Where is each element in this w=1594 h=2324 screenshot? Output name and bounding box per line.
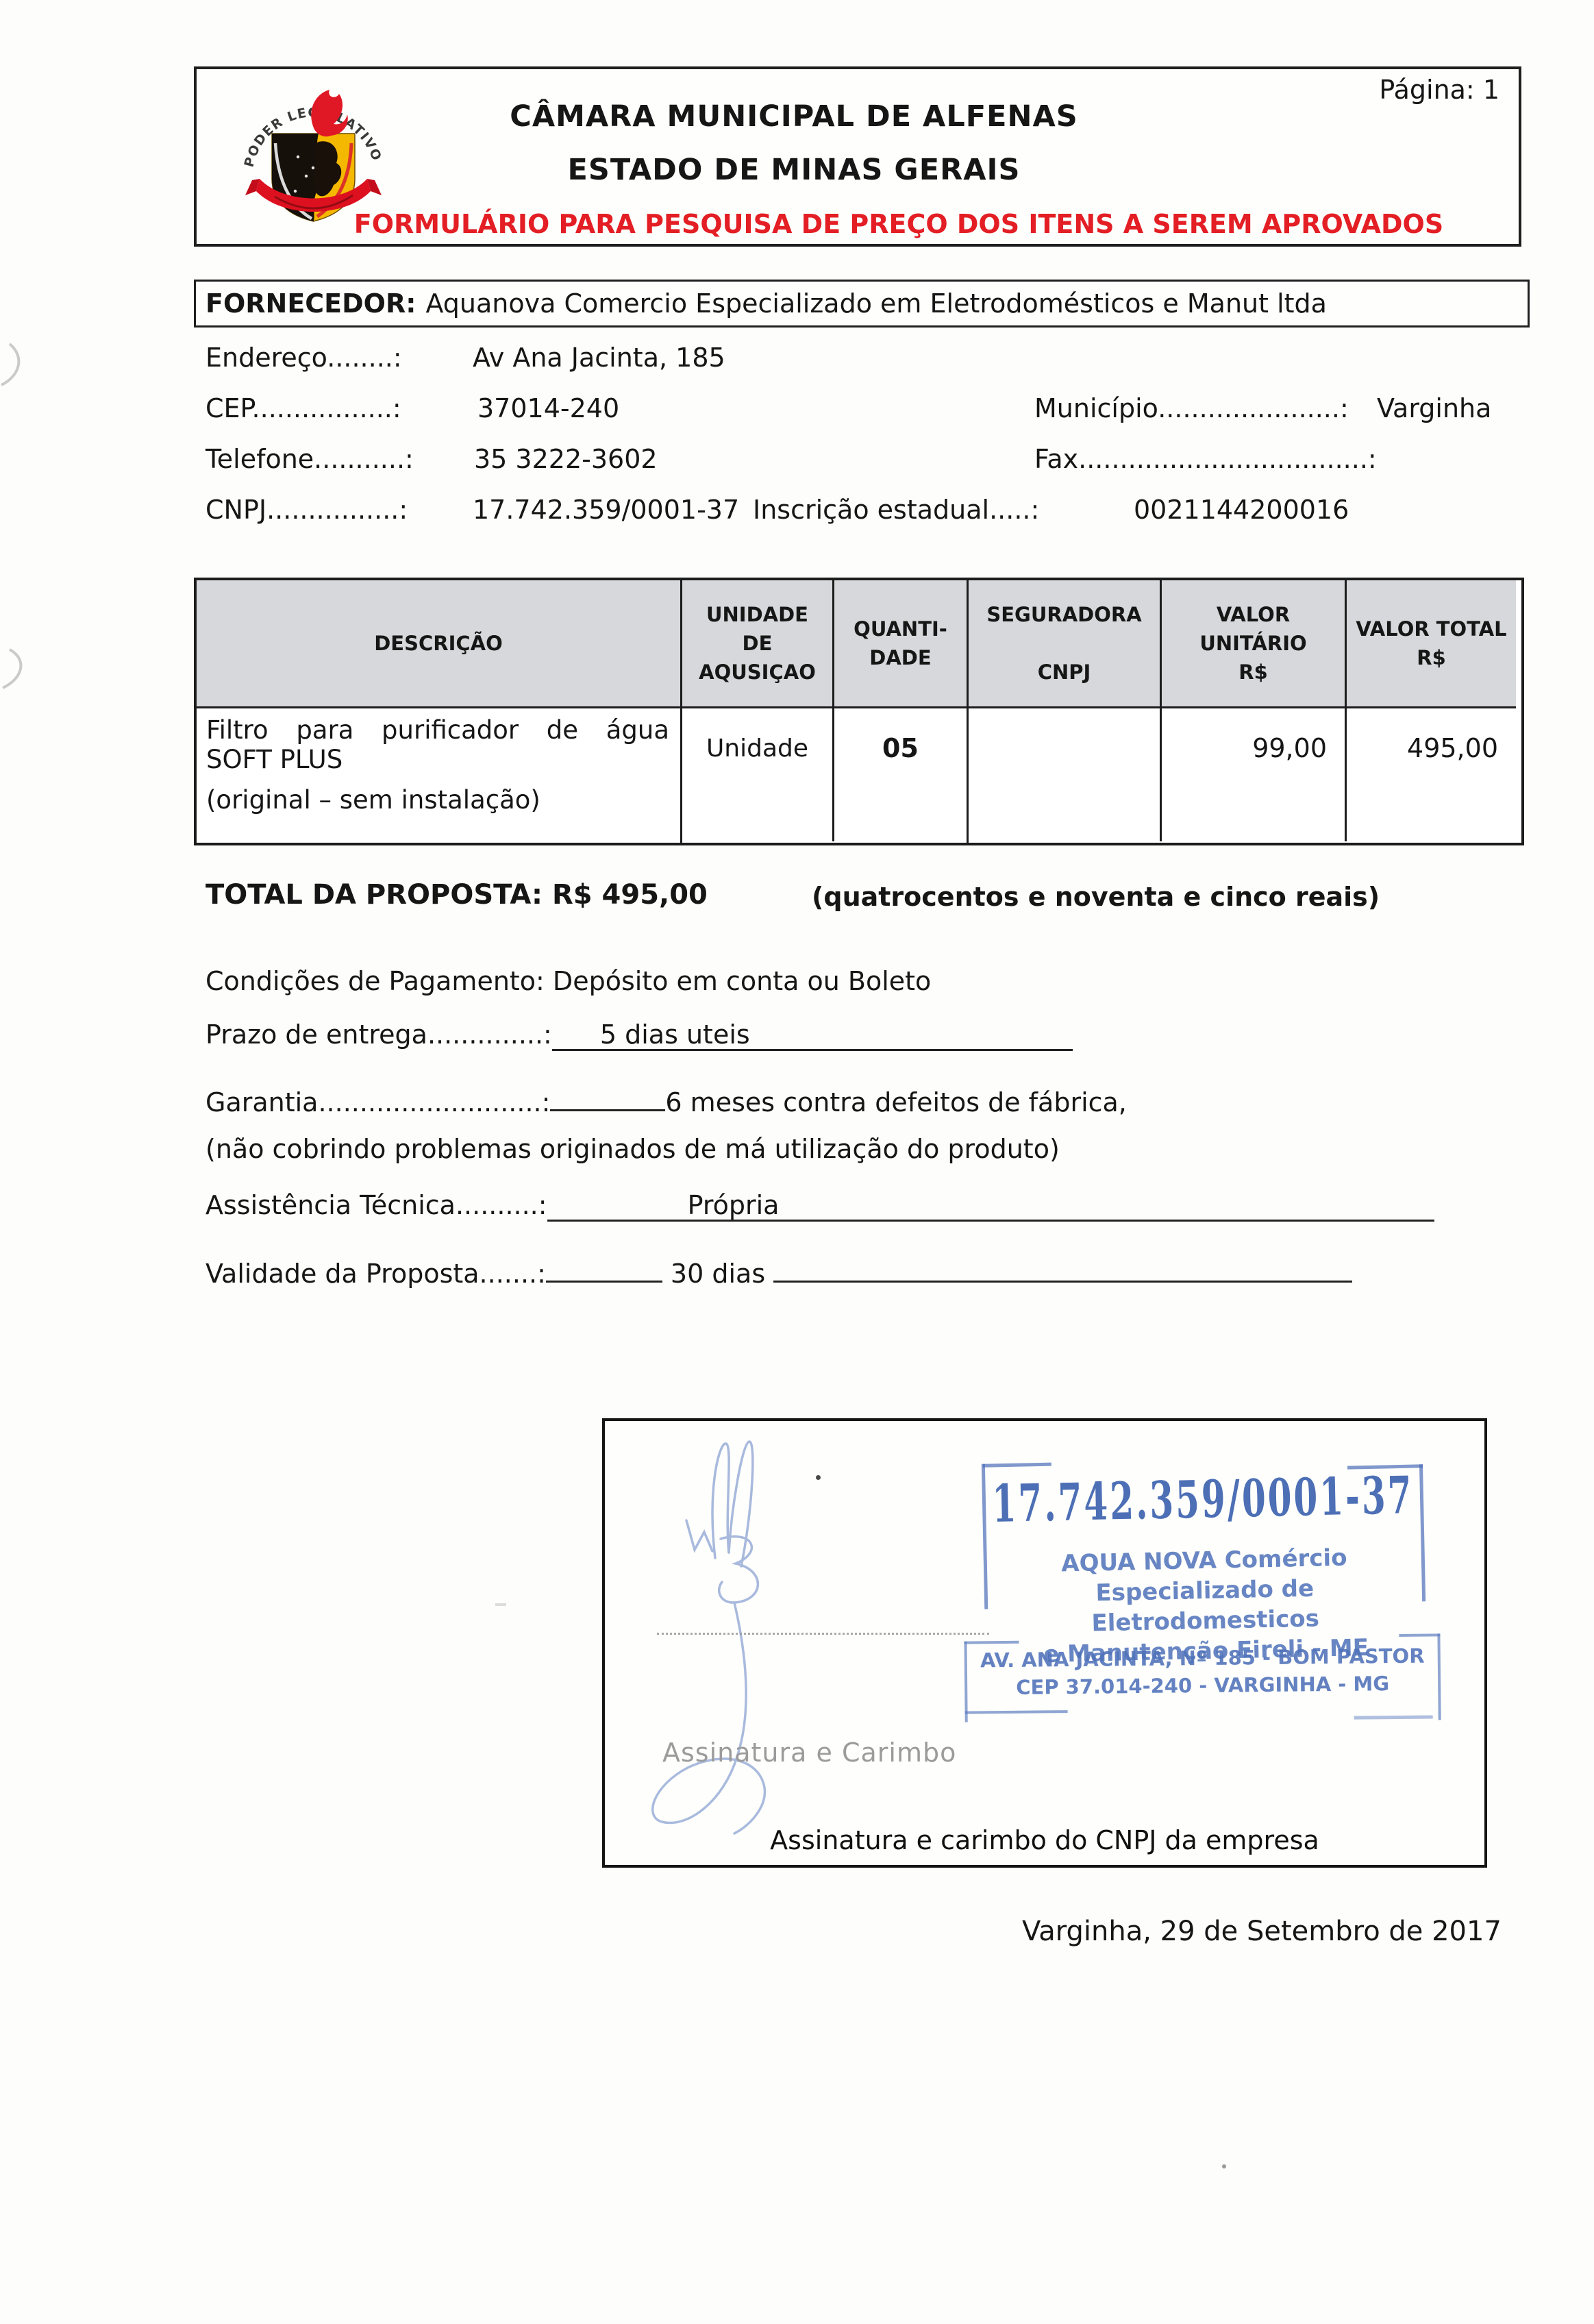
addr-bracket-bottom-left [965,1710,1068,1714]
header-box: Página: 1 PODER LEGISLATIVO MUNICIPAL [194,66,1521,247]
delivery-term-value: 5 dias uteis [552,1018,1073,1051]
technical-assistance-label: Assistência Técnica..........: [206,1190,547,1220]
supplier-label: FORNECEDOR: [206,288,416,319]
scanned-form-page: Página: 1 PODER LEGISLATIVO MUNICIPAL [0,0,1594,2324]
warranty-value: 6 meses contra defeitos de fábrica, [665,1087,1126,1117]
handwritten-signature [643,1431,869,1859]
item-description-line3: (original – sem instalação) [206,785,669,815]
supplier-name: Aquanova Comercio Especializado em Eletr… [425,288,1327,319]
col-header-quantidade: QUANTI- DADE [832,580,967,708]
item-total-price-cell: 495,00 [1345,708,1516,841]
org-state: ESTADO DE MINAS GERAIS [263,153,1325,187]
payment-conditions: Condições de Pagamento: Depósito em cont… [206,965,931,998]
delivery-term-label: Prazo de entrega..............: [206,1019,552,1050]
address-rubber-stamp: AV. ANA JACINTA, Nº 185 - BOM PASTOR CEP… [964,1636,1441,1709]
col-header-unidade: UNIDADE DE AQUSIÇAO [680,580,832,708]
warranty-blank-line [550,1076,665,1111]
item-description-line2: SOFT PLUS [206,745,669,774]
validity-blank-line-2 [773,1248,1352,1283]
signature-hint-text: Assinatura e Carimbo [662,1738,956,1768]
technical-assistance-row: Assistência Técnica..........:Própria [206,1189,1434,1222]
item-seguradora-cell [967,708,1160,843]
ink-dot-artifact [816,1475,821,1480]
city-date-line: Varginha, 29 de Setembro de 2017 [1022,1916,1502,1947]
item-description-line1: Filtro para purificador de água [206,715,669,745]
proposal-validity-label: Validade da Proposta.......: [206,1259,546,1289]
endereco-label: Endereço........: [206,341,402,374]
item-quantity-cell: 05 [832,708,967,841]
signature-stamp-box: Assinatura e Carimbo 17.742.359/0001-37 … [602,1418,1487,1868]
cnpj-label: CNPJ................: [206,493,408,526]
warranty-row: Garantia...........................:6 me… [206,1076,1127,1119]
addr-bracket-top-right [1399,1633,1440,1637]
addr-bracket-right [1437,1633,1441,1720]
signature-box-caption: Assinatura e carimbo do CNPJ da empresa [605,1825,1484,1855]
inscricao-label: Inscrição estadual.....: [753,493,1039,526]
validity-blank-line-1 [546,1248,662,1283]
proposal-total: TOTAL DA PROPOSTA: R$ 495,00 [206,879,708,911]
proposal-validity-value: 30 dias [662,1259,773,1289]
addr-bracket-left [964,1642,967,1722]
endereco-value: Av Ana Jacinta, 185 [473,341,725,374]
stamp-company-line2: Especializado de Eletrodomesticos [985,1571,1425,1640]
stamp-address-line1: AV. ANA JACINTA, Nº 185 - BOM PASTOR [978,1642,1427,1674]
signature-dotted-line [657,1633,989,1635]
fax-label: Fax...................................: [1034,443,1377,475]
item-description-cell: Filtro para purificador de água SOFT PLU… [197,708,680,828]
stamp-mg-underline [1354,1715,1433,1719]
proposal-total-in-words: (quatrocentos e noventa e cinco reais) [812,882,1380,912]
technical-assistance-value: Própria [547,1189,1434,1222]
telefone-value: 35 3222-3602 [474,443,658,475]
col-header-descricao: DESCRIÇÃO [197,580,680,708]
org-name: CÂMARA MUNICIPAL DE ALFENAS [263,99,1325,134]
warranty-note: (não cobrindo problemas originados de má… [206,1133,1060,1165]
items-table: DESCRIÇÃO UNIDADE DE AQUSIÇAO QUANTI- DA… [194,578,1524,845]
municipio-value: Varginha [1377,392,1491,425]
form-title: FORMULÁRIO PARA PESQUISA DE PREÇO DOS IT… [327,209,1471,239]
cep-value: 37014-240 [477,392,619,425]
item-unit-price-cell: 99,00 [1160,708,1345,841]
delivery-term-row: Prazo de entrega..............:5 dias ut… [206,1018,1073,1051]
inscricao-value: 0021144200016 [1134,493,1349,526]
cnpj-value: 17.742.359/0001-37 [473,493,739,526]
stamp-address-line2: CEP 37.014-240 - VARGINHA - MG [978,1670,1427,1702]
col-header-valor-unitario: VALOR UNITÁRIO R$ [1160,580,1345,708]
page-number: Página: 1 [1379,75,1499,105]
municipio-label: Município......................: [1034,392,1349,425]
header-titles: CÂMARA MUNICIPAL DE ALFENAS ESTADO DE MI… [263,99,1325,187]
col-header-seguradora: SEGURADORA CNPJ [967,580,1160,708]
col-header-valor-total: VALOR TOTAL R$ [1345,580,1516,708]
cep-label: CEP.................: [206,392,401,425]
addr-bracket-top-left [964,1641,1019,1644]
proposal-validity-row: Validade da Proposta.......:30 dias [206,1248,1352,1290]
telefone-label: Telefone...........: [206,443,414,475]
warranty-label: Garantia...........................: [206,1087,550,1117]
stamp-cnpj-number: 17.742.359/0001-37 [992,1465,1415,1534]
item-unit-cell: Unidade [680,708,832,843]
supplier-box: FORNECEDOR: Aquanova Comercio Especializ… [194,280,1530,327]
